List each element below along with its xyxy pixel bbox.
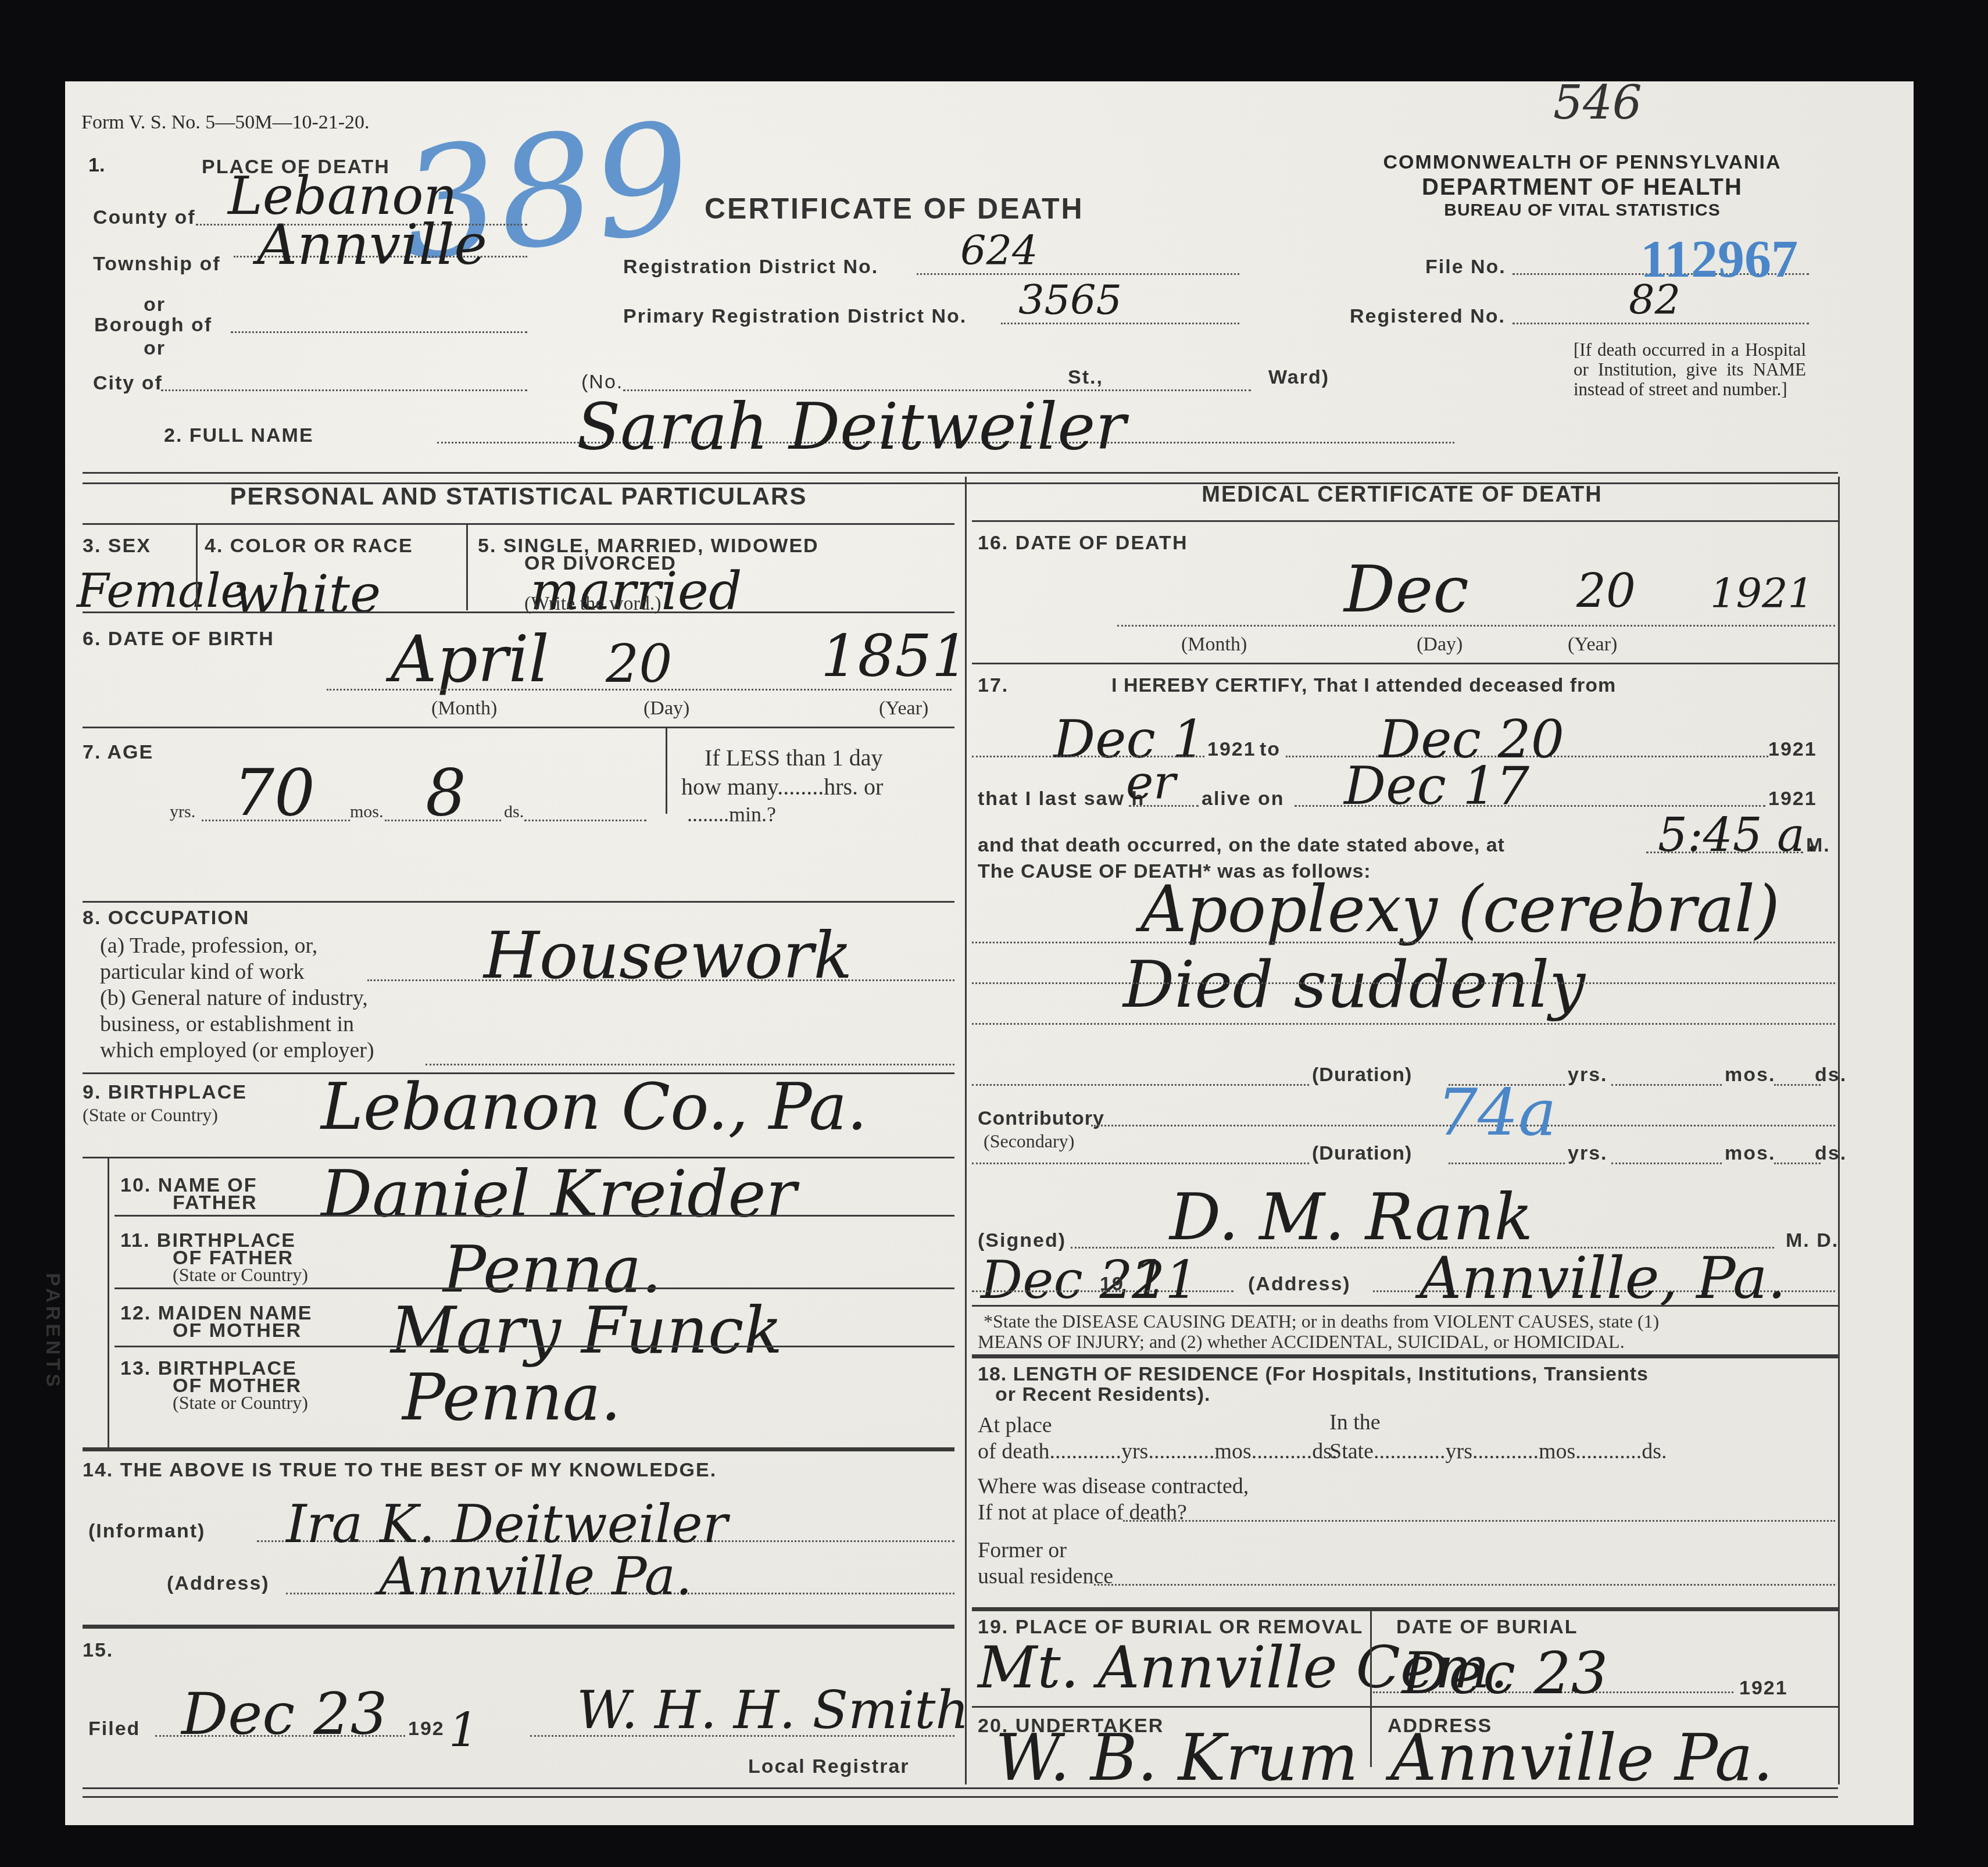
parents-side-label: PARENTS — [41, 1273, 64, 1390]
occupation-a-text: (a) Trade, profession, or, — [100, 933, 317, 958]
certificate-title: CERTIFICATE OF DEATH — [705, 192, 1084, 226]
medical-heading: MEDICAL CERTIFICATE OF DEATH — [972, 482, 1832, 507]
am-pm-label: M. — [1806, 834, 1830, 857]
registration-district-value: 624 — [960, 227, 1038, 274]
day-hint: (Day) — [1417, 634, 1463, 656]
informant-address-value: Annville Pa. — [379, 1546, 692, 1607]
registrar-label: Local Registrar — [748, 1755, 910, 1778]
hospital-note: [If death occurred in a Hospital or Inst… — [1574, 340, 1806, 399]
father-name-value: Daniel Kreider — [321, 1157, 796, 1231]
mother-name-value: Mary Funck — [391, 1293, 782, 1368]
less-than-day-hours: how many........hrs. or — [681, 773, 883, 800]
occupation-b-text-2: business, or establishment in — [100, 1011, 354, 1037]
state-country-hint: (State or Country) — [83, 1104, 218, 1126]
duration-label: (Duration) — [1312, 1142, 1412, 1165]
primary-district-label: Primary Registration District No. — [623, 305, 967, 328]
registration-district-label: Registration District No. — [623, 256, 878, 278]
full-name-value: Sarah Deitweiler — [577, 389, 1126, 464]
alive-on-year: 1921 — [1768, 788, 1817, 810]
physician-address: Annville, Pa. — [1420, 1244, 1786, 1312]
dod-day: 20 — [1576, 564, 1636, 618]
father-name-label-2: FATHER — [173, 1192, 257, 1214]
month-hint: (Month) — [431, 698, 497, 720]
death-certificate: Form V. S. No. 5—50M—10-21-20. 546 389 1… — [65, 81, 1914, 1825]
duration-ds: ds. — [1815, 1064, 1847, 1086]
last-saw-label: that I last saw h — [978, 788, 1145, 810]
or-text: or — [144, 294, 166, 316]
duration-mos: mos. — [1725, 1064, 1775, 1086]
sign-year-prefix: 19 — [1100, 1273, 1124, 1296]
occupation-a-text-2: particular kind of work — [100, 959, 304, 985]
occupation-b-text-3: which employed (or employer) — [100, 1038, 374, 1063]
informant-statement: 14. THE ABOVE IS TRUE TO THE BEST OF MY … — [83, 1459, 717, 1482]
undertaker-address-value: Annville Pa. — [1390, 1721, 1774, 1795]
occupation-value: Housework — [484, 918, 852, 993]
former-residence-label-2: usual residence — [978, 1564, 1113, 1589]
city-label: City of — [93, 372, 163, 395]
race-label: 4. COLOR OR RACE — [205, 535, 413, 557]
secondary-label: (Secondary) — [984, 1131, 1074, 1152]
residence-label: 18. LENGTH OF RESIDENCE (For Hospitals, … — [978, 1363, 1649, 1386]
filed-year-suffix: 1 — [449, 1703, 478, 1757]
contributory-code: 74a — [1437, 1075, 1557, 1150]
duration-yrs: yrs. — [1568, 1142, 1608, 1165]
filed-date: Dec 23 — [181, 1680, 387, 1748]
less-than-day-text: If LESS than 1 day — [705, 744, 883, 771]
alive-on-date: Dec 17 — [1344, 756, 1529, 817]
at-place-label: At place — [978, 1412, 1052, 1438]
day-hint: (Day) — [643, 698, 689, 720]
state-country-hint: (State or Country) — [173, 1392, 308, 1414]
informant-address-label: (Address) — [167, 1572, 270, 1595]
section-1-number: 1. — [88, 154, 105, 177]
former-residence-label: Former or — [978, 1537, 1067, 1563]
signed-label: (Signed) — [978, 1229, 1066, 1252]
at-place-duration: of death.............yrs............mos.… — [978, 1439, 1338, 1464]
physician-address-label: (Address) — [1248, 1273, 1351, 1296]
last-saw-pronoun: er — [1126, 756, 1176, 810]
township-label: Township of — [93, 253, 221, 276]
informant-label: (Informant) — [88, 1520, 205, 1543]
corner-number: 546 — [1553, 76, 1642, 130]
occupation-b-text: (b) General nature of industry, — [100, 985, 368, 1011]
age-ds-label: ds. — [504, 802, 524, 822]
borough-label: Borough of — [94, 314, 212, 337]
commonwealth-heading: COMMONWEALTH OF PENNSYLVANIA — [1321, 151, 1844, 174]
dob-day: 20 — [606, 634, 673, 695]
less-than-day-min: ........min.? — [687, 802, 776, 827]
file-no-label: File No. — [1425, 256, 1506, 278]
bureau-heading: BUREAU OF VITAL STATISTICS — [1321, 201, 1844, 220]
dod-year: 1921 — [1710, 570, 1814, 617]
form-id: Form V. S. No. 5—50M—10-21-20. — [81, 112, 370, 134]
department-heading: DEPARTMENT OF HEALTH — [1321, 174, 1844, 201]
month-hint: (Month) — [1181, 634, 1247, 656]
to-label: to — [1260, 738, 1281, 761]
personal-heading: PERSONAL AND STATISTICAL PARTICULARS — [83, 482, 954, 510]
duration-label: (Duration) — [1312, 1064, 1412, 1086]
in-state-label: In the — [1329, 1410, 1381, 1435]
undertaker-value: W. B. Krum — [995, 1721, 1358, 1795]
contributory-label: Contributory — [978, 1107, 1104, 1130]
registered-no-label: Registered No. — [1350, 305, 1506, 328]
full-name-label: 2. FULL NAME — [164, 424, 314, 447]
ward-label: Ward) — [1268, 366, 1329, 389]
age-months: 8 — [426, 756, 466, 830]
township-value: Annville — [257, 212, 487, 277]
registered-no-value: 82 — [1629, 276, 1680, 324]
death-time: 5:45 a. — [1658, 808, 1819, 862]
residence-label-2: or Recent Residents). — [995, 1383, 1211, 1406]
sex-label: 3. SEX — [83, 535, 151, 557]
cause-line-1: Apoplexy (cerebral) — [1140, 872, 1780, 946]
alive-on-label: alive on — [1202, 788, 1285, 810]
year-hint: (Year) — [879, 698, 928, 720]
filed-label: Filed — [88, 1718, 140, 1740]
dod-month: Dec — [1344, 552, 1469, 627]
primary-district-value: 3565 — [1018, 276, 1122, 324]
or-text: or — [144, 337, 166, 360]
duration-ds: ds. — [1815, 1142, 1847, 1165]
date-of-death-label: 16. DATE OF DEATH — [978, 532, 1188, 555]
sign-year: 21 — [1132, 1250, 1199, 1311]
burial-date-label: DATE OF BURIAL — [1396, 1616, 1578, 1639]
burial-date-value: Dec 23 — [1402, 1639, 1608, 1707]
birthplace-value: Lebanon Co., Pa. — [321, 1070, 867, 1144]
certify-text: I HEREBY CERTIFY, That I attended deceas… — [1111, 674, 1616, 697]
attended-to-year: 1921 — [1768, 738, 1817, 761]
county-label: County of — [93, 206, 196, 229]
street-label: St., — [1068, 366, 1103, 389]
filed-year-prefix: 192 — [408, 1718, 445, 1740]
attended-from-year: 1921 — [1207, 738, 1256, 761]
footnote-line-2: MEANS OF INJURY; and (2) whether ACCIDEN… — [978, 1331, 1625, 1353]
age-mos-label: mos. — [350, 802, 384, 822]
occupation-label: 8. OCCUPATION — [83, 907, 249, 929]
mother-name-label-2: OF MOTHER — [173, 1319, 302, 1342]
section-17-number: 17. — [978, 674, 1009, 697]
death-time-label: and that death occurred, on the date sta… — [978, 834, 1505, 857]
registrar-signature: W. H. H. Smith — [577, 1680, 969, 1741]
md-label: M. D. — [1786, 1229, 1839, 1252]
contracted-label: Where was disease contracted, — [978, 1473, 1249, 1499]
duration-mos: mos. — [1725, 1142, 1775, 1165]
sex-value: Female — [77, 564, 248, 618]
race-value: white — [234, 564, 381, 625]
duration-yrs: yrs. — [1568, 1064, 1608, 1086]
mother-birthplace-value: Penna. — [402, 1360, 621, 1435]
year-hint: (Year) — [1568, 634, 1617, 656]
burial-year: 1921 — [1739, 1677, 1788, 1700]
age-label: 7. AGE — [83, 741, 153, 764]
age-yrs-label: yrs. — [170, 802, 195, 822]
birthplace-label: 9. BIRTHPLACE — [83, 1081, 247, 1104]
dob-year: 1851 — [821, 622, 969, 690]
in-state-duration: State.............yrs............mos....… — [1329, 1439, 1667, 1464]
state-country-hint: (State or Country) — [173, 1264, 308, 1286]
footnote-line-1: *State the DISEASE CAUSING DEATH; or in … — [984, 1311, 1659, 1332]
dob-month: April — [391, 622, 549, 696]
physician-signature: D. M. Rank — [1170, 1180, 1533, 1254]
cause-line-2: Died suddenly — [1123, 947, 1585, 1022]
section-15-number: 15. — [83, 1639, 113, 1662]
dob-label: 6. DATE OF BIRTH — [83, 628, 274, 650]
age-years: 70 — [234, 756, 315, 830]
